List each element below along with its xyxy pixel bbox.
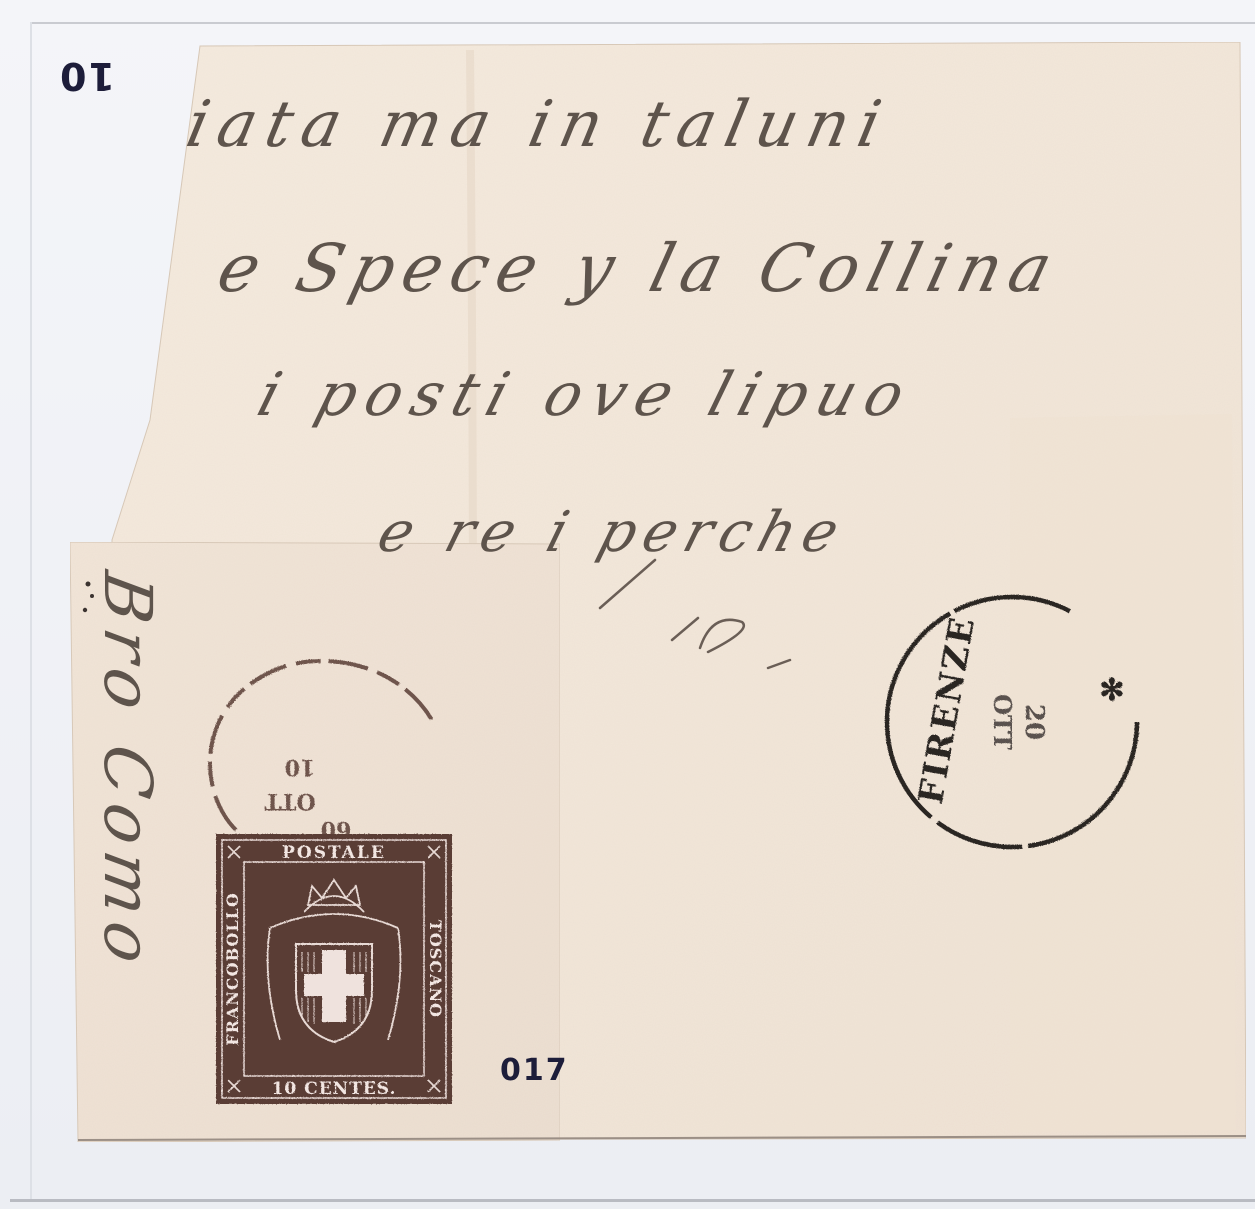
stamp-top-label: POSTALE [282, 843, 386, 863]
handwriting-line-2: e Spece y la Collina [210, 230, 1068, 307]
stamp-toscana-10c: POSTALE 10 CENTES. FRANCOBOLLO TOSCANO [216, 834, 452, 1104]
svg-text:20: 20 [1019, 704, 1049, 740]
stamp-left-label: FRANCOBOLLO [223, 892, 242, 1046]
stamp-bottom-label: 10 CENTES. [272, 1079, 397, 1099]
handwriting-line-1: iata ma in taluni [180, 88, 897, 162]
document-scene: 10 OTT 60 POSTALE 10 CENTES. FRANCOBOLLO… [0, 0, 1255, 1209]
handwriting-side-address: Bro Como [89, 566, 166, 977]
collector-annotation-bottom: 017 [500, 1053, 569, 1088]
collector-annotation-top: 10 [58, 54, 115, 98]
stamp-right-label: TOSCANO [426, 920, 445, 1018]
svg-text:✻: ✻ [1099, 673, 1124, 708]
svg-text:OTT: OTT [264, 788, 316, 814]
handwriting-line-4: e re i perche [371, 500, 854, 565]
svg-text:OTT: OTT [988, 694, 1017, 750]
handwriting-line-3: i posti ove lipuo [250, 360, 922, 430]
svg-text:10: 10 [285, 754, 316, 780]
